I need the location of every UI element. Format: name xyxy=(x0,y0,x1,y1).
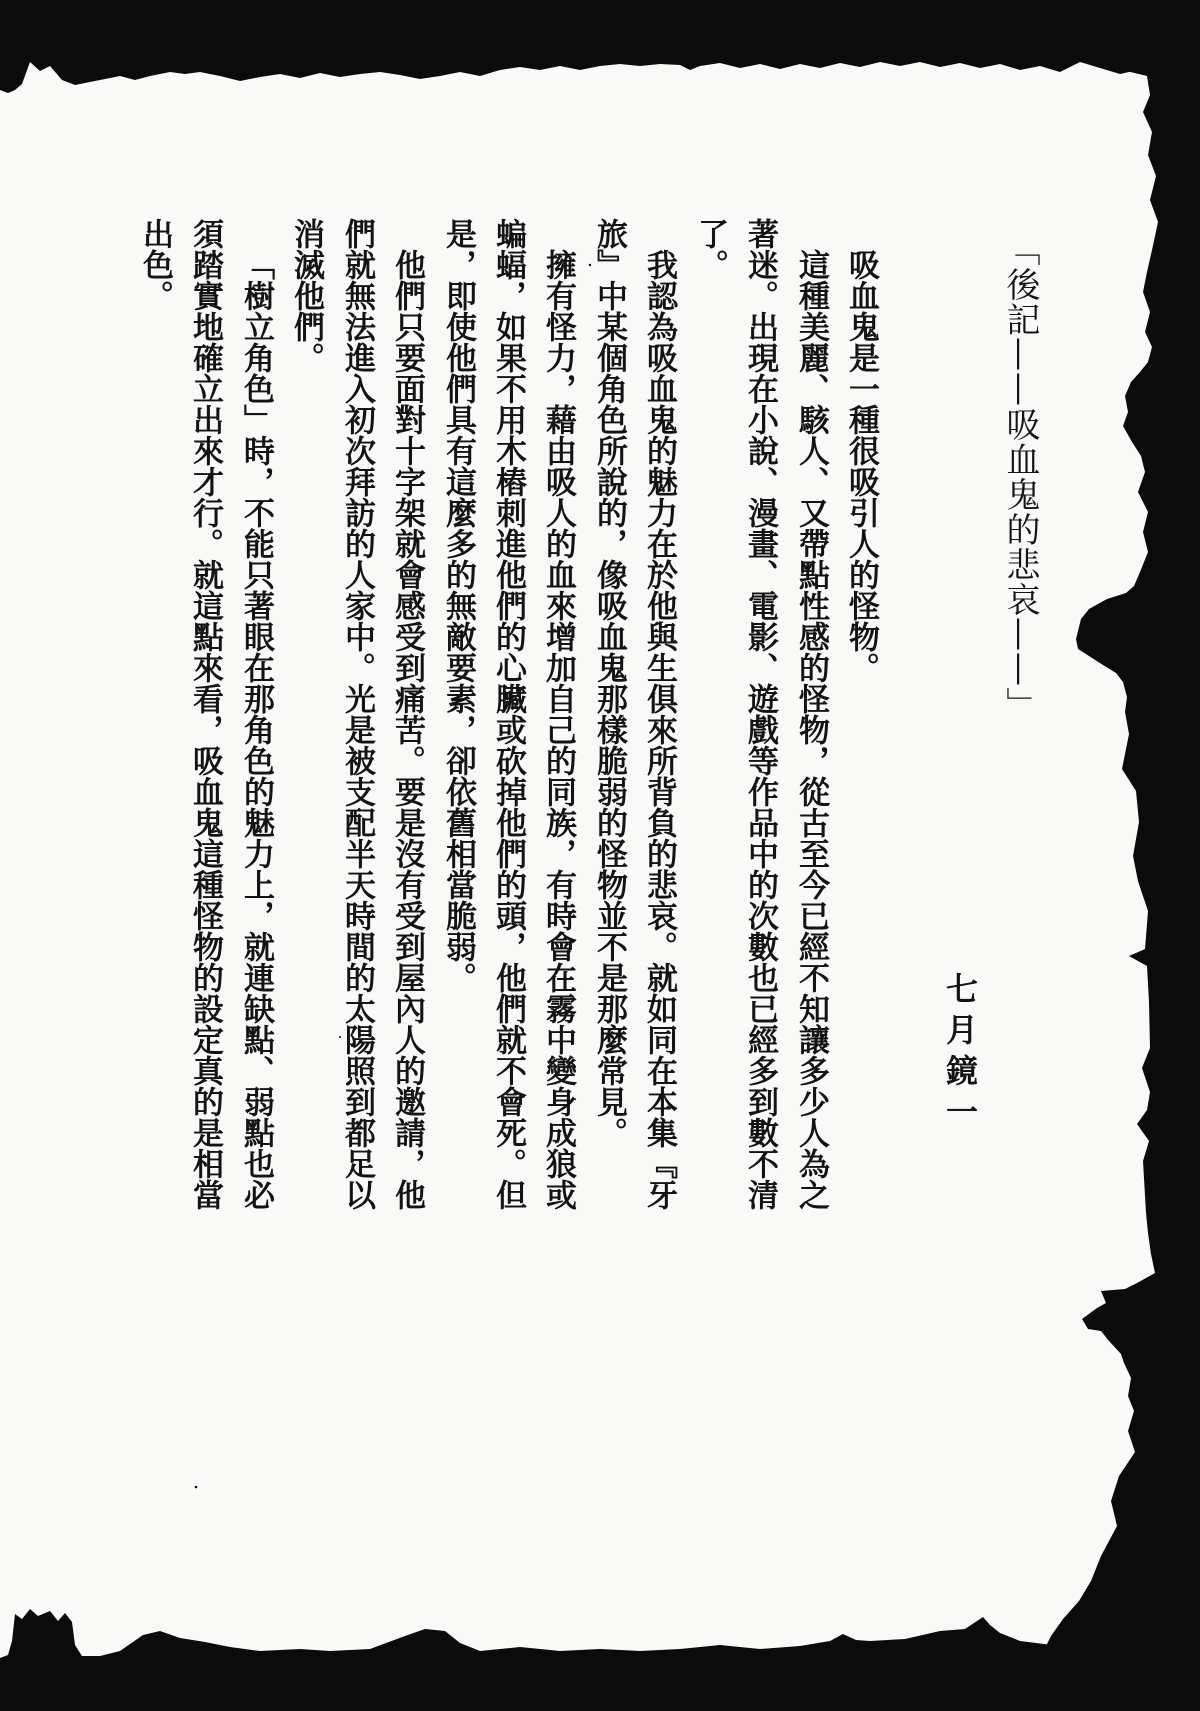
body-column-11: 們就無法進入初次拜訪的人家中。光是被支配半天時間的太陽照到都足以 xyxy=(341,218,372,1210)
body-column-10: 他們只要面對十字架就會感受到痛苦。要是沒有受到屋內人的邀請，他 xyxy=(391,249,422,1210)
afterword-title: 「後記——吸血鬼的悲哀——」 xyxy=(1003,232,1037,722)
body-column-3: 著迷。出現在小說、漫畫、電影、遊戲等作品中的次數也已經多到數不清 xyxy=(744,218,775,1210)
author-name: 七月鏡一 xyxy=(944,972,976,1136)
body-column-5: 我認為吸血鬼的魅力在於他與生俱來所背負的悲哀。就如同在本集『牙 xyxy=(643,249,674,1210)
body-column-14: 須踏實地確立出來才行。就這點來看，吸血鬼這種怪物的設定真的是相當 xyxy=(189,218,220,1210)
scanned-book-page: 「後記——吸血鬼的悲哀——」 七月鏡一 吸血鬼是一種很吸引人的怪物。 這種美麗、… xyxy=(0,0,1200,1711)
body-column-2: 這種美麗、駭人、又帶點性感的怪物，從古至今已經不知讓多少人為之 xyxy=(795,249,826,1210)
torn-border-bottom xyxy=(0,1609,1060,1711)
body-column-8: 蝙蝠，如果不用木樁刺進他們的心臟或砍掉他們的頭，他們就不會死。但 xyxy=(492,218,523,1210)
body-column-13: 「樹立角色」時，不能只著眼在那角色的魅力上，就連缺點、弱點也必 xyxy=(240,249,271,1210)
torn-border-top xyxy=(0,0,1200,93)
body-column-9: 是，即使他們具有這麼多的無敵要素，卻依舊相當脆弱。 xyxy=(442,218,473,993)
body-column-12: 消滅他們。 xyxy=(290,218,321,373)
body-column-6: 旅』中某個角色所說的，像吸血鬼那樣脆弱的怪物並不是那麼常見。 xyxy=(593,218,624,1148)
body-column-4: 了。 xyxy=(694,218,725,280)
dust-speck xyxy=(195,1486,198,1489)
body-column-15: 出色。 xyxy=(139,218,170,311)
body-column-1: 吸血鬼是一種很吸引人的怪物。 xyxy=(845,249,876,683)
body-column-7: 擁有怪力，藉由吸人的血來增加自己的同族，有時會在霧中變身成狼或 xyxy=(542,249,573,1210)
